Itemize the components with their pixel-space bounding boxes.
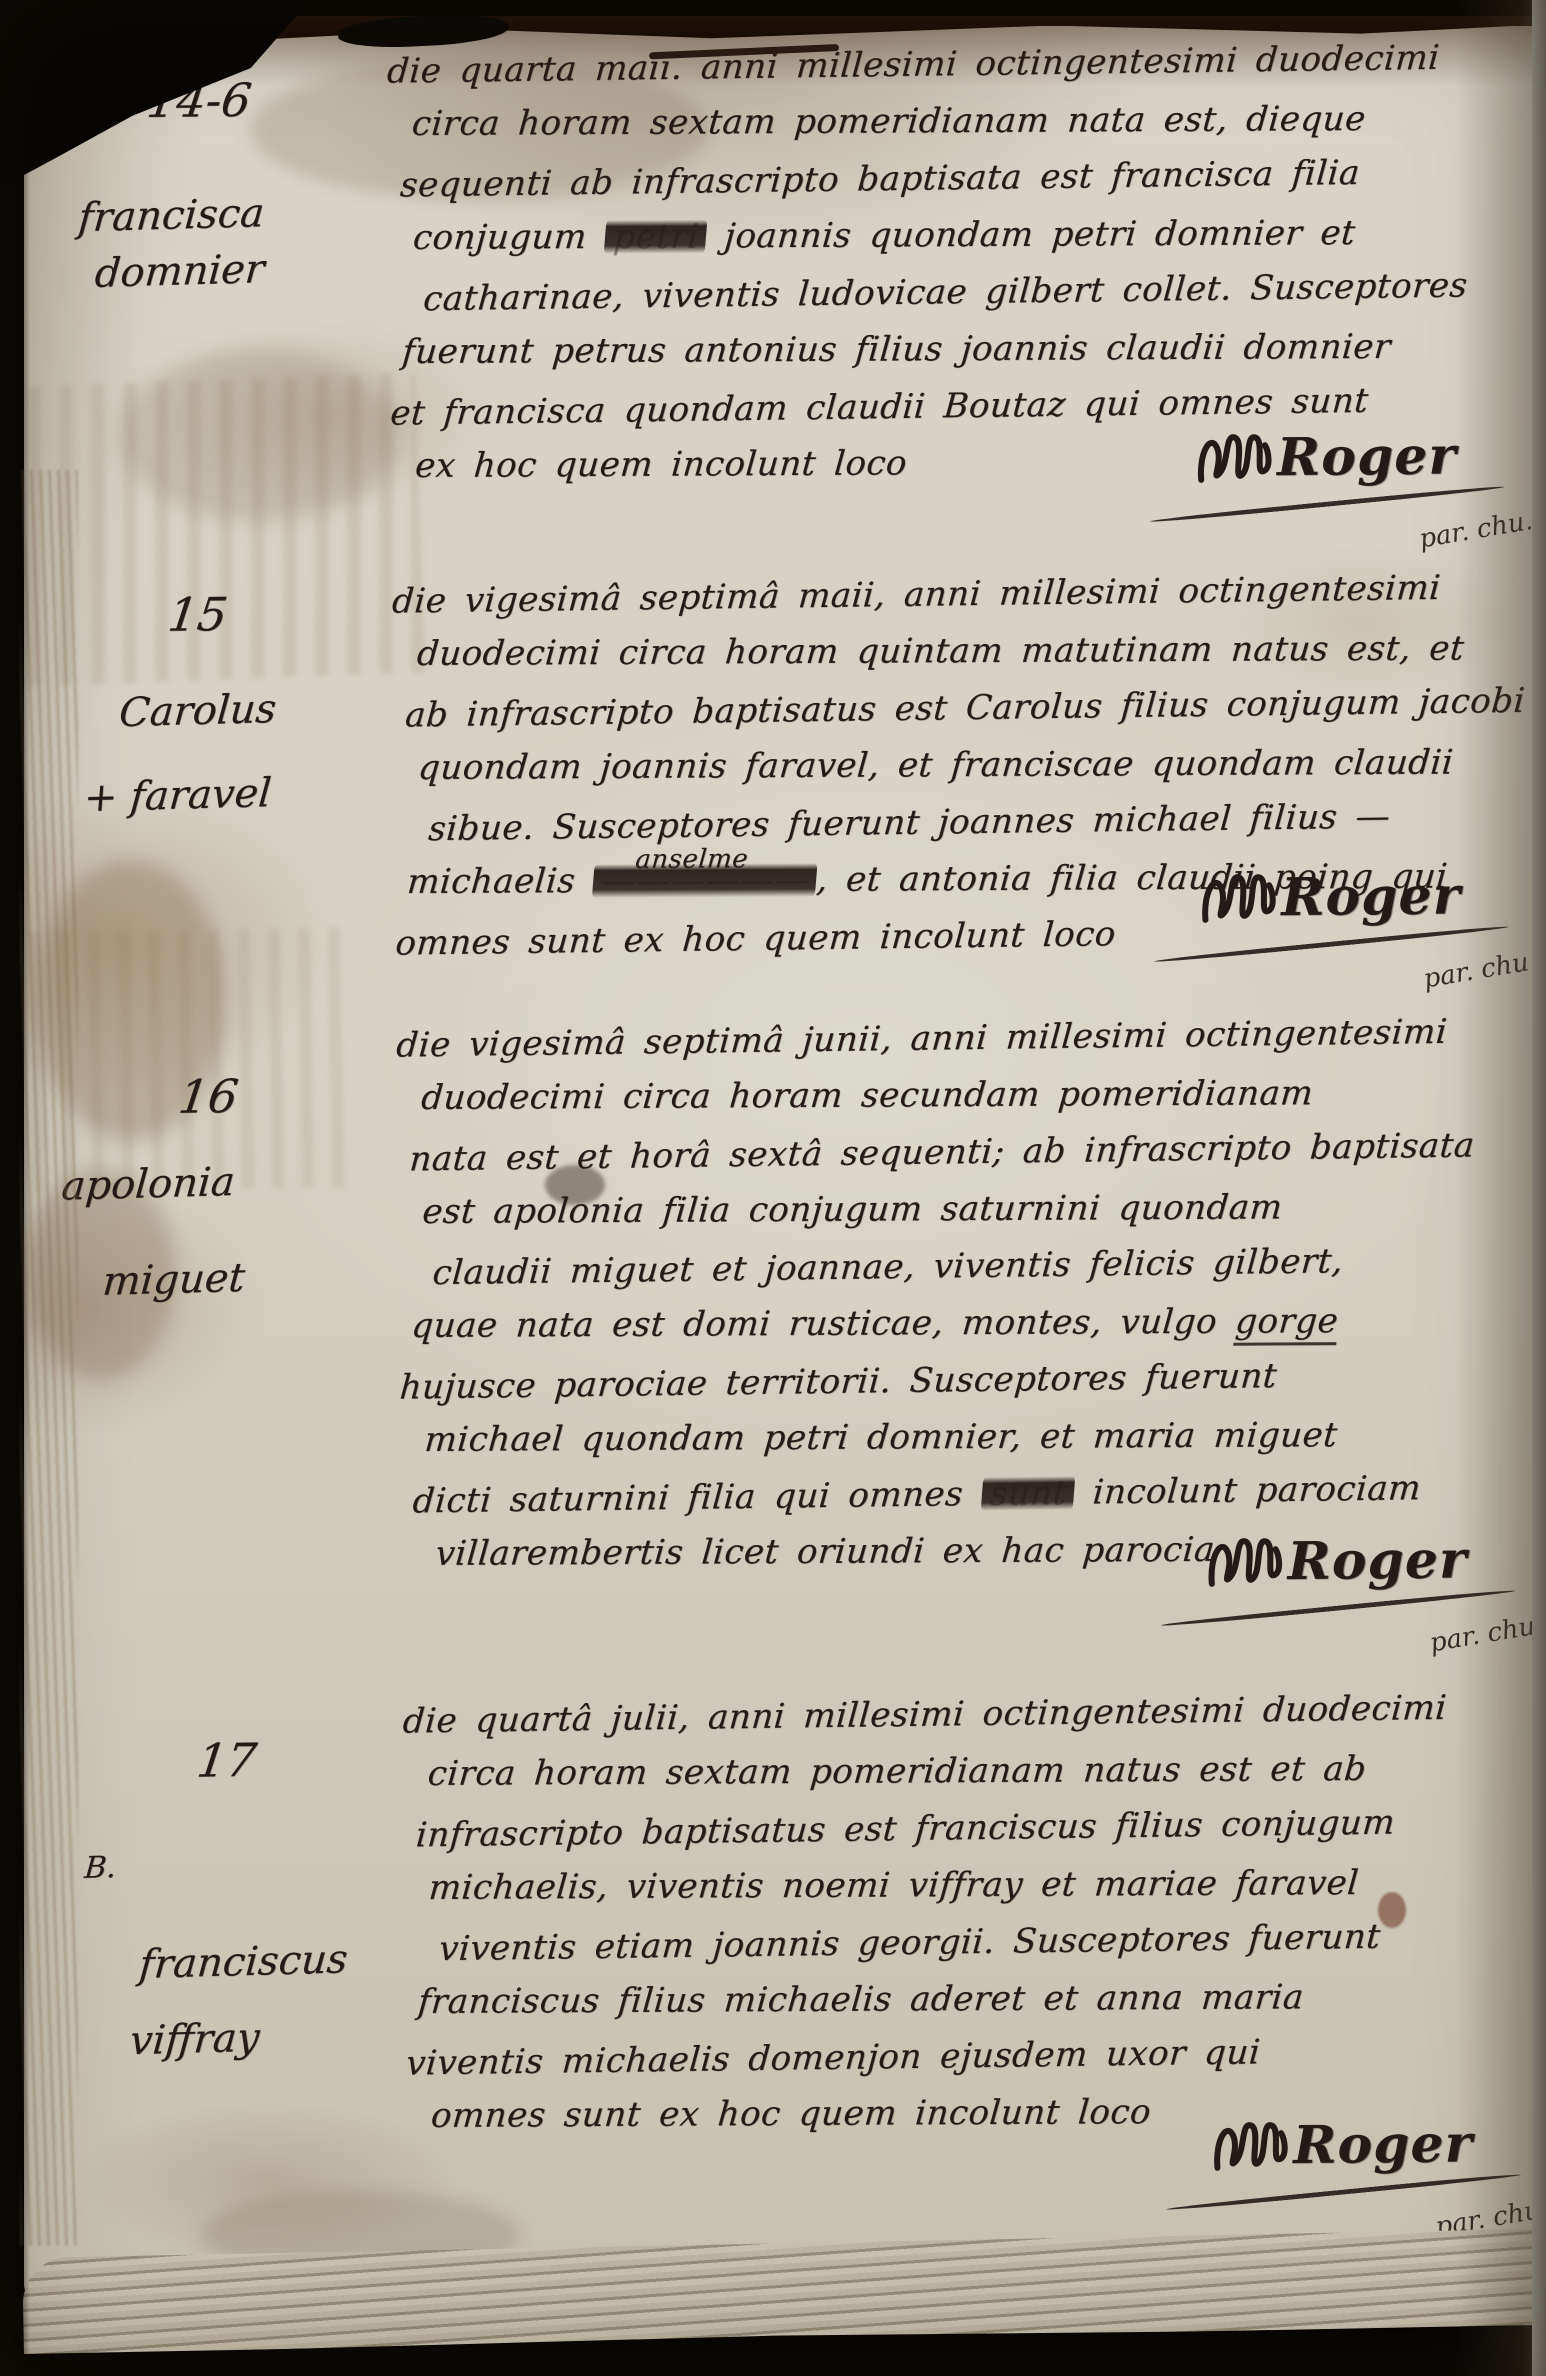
signature-note: par. chu. — [1417, 506, 1535, 555]
underlined-word: gorge — [1233, 1301, 1339, 1346]
manuscript-photo: 14-6 franciscadomnier die quarta maii. a… — [0, 0, 1546, 2376]
manuscript-line: circa horam sextam pomeridianam nata est… — [386, 90, 1540, 153]
entry-text: die quartâ julii, anni millesimi octinge… — [403, 1681, 1546, 2148]
manuscript-line: sibue. Susceptores fuerunt joannes micha… — [392, 787, 1546, 859]
manuscript-line: quondam joannis faravel, et franciscae q… — [392, 734, 1546, 797]
manuscript-line: die quartâ julii, anni millesimi octinge… — [401, 1679, 1546, 1751]
manuscript-line: die vigesimâ septimâ junii, anni millesi… — [394, 1003, 1546, 1075]
manuscript-line: francisca — [77, 187, 381, 241]
entry-name: franciscadomnier — [78, 190, 379, 295]
entry-number: 17 — [90, 1732, 397, 1789]
struck-out-word: petri — [603, 216, 707, 257]
signature-note: par. chu. — [1428, 1610, 1546, 1659]
manuscript-line: ab infrascripto baptisatus est Carolus f… — [391, 673, 1545, 745]
photo-background-left — [0, 0, 30, 2376]
manuscript-line: viffray — [94, 2011, 398, 2065]
entry-number: 15 — [79, 586, 386, 643]
entry-name: B.franciscusviffray — [95, 1938, 396, 2063]
entry-name: apoloniamiguet — [88, 1158, 389, 1303]
manuscript-line: domnier — [77, 243, 381, 297]
manuscript-line: michael quondam petri domnier, et maria … — [398, 1406, 1546, 1469]
manuscript-line: quae nata est domi rusticae, montes, vul… — [397, 1292, 1546, 1355]
priest-signature: Roger par. chu. — [1199, 859, 1536, 974]
manuscript-line: michaelis, viventis noemi viffray et mar… — [403, 1854, 1546, 1917]
manuscript-line: est apolonia filia conjugum saturnini qu… — [396, 1178, 1546, 1241]
manuscript-line: franciscus — [93, 1935, 397, 1989]
priest-signature: Roger par. chu. — [1211, 2107, 1546, 2222]
entry-margin: 17 B.franciscusviffray — [93, 1692, 397, 2063]
manuscript-line: apolonia — [60, 1155, 390, 1210]
page-content: 14-6 franciscadomnier die quarta maii. a… — [0, 0, 1546, 2376]
baptism-entry: 17 B.franciscusviffray die quartâ julii,… — [5, 1681, 1546, 1696]
priest-signature: Roger par. chu. — [1195, 419, 1532, 534]
signature-note: par. chu. — [1422, 946, 1540, 995]
baptism-entry: 16 apoloniamiguet die vigesimâ septimâ j… — [0, 1005, 1544, 1020]
manuscript-line: claudii miguet et joannae, viventis feli… — [397, 1231, 1546, 1303]
manuscript-line: miguet — [87, 1251, 391, 1305]
manuscript-line: B. — [83, 1850, 117, 1886]
signature-name: Roger — [1281, 865, 1461, 928]
manuscript-line: infrascripto baptisatus est franciscus f… — [402, 1793, 1546, 1865]
manuscript-line: circa horam sextam pomeridianam natus es… — [401, 1740, 1546, 1803]
signature-name: Roger — [1277, 425, 1457, 488]
manuscript-line: franciscus filius michaelis aderet et an… — [404, 1968, 1546, 2031]
manuscript-line: viventis michaelis domenjon ejusdem uxor… — [404, 2020, 1546, 2092]
manuscript-line: die vigesimâ septimâ maii, anni millesim… — [390, 559, 1544, 631]
manuscript-line: fuerunt petrus antonius filius joannis c… — [388, 318, 1542, 381]
manuscript-line: Carolus — [81, 683, 385, 737]
manuscript-line: viventis etiam joannis georgii. Suscepto… — [403, 1906, 1546, 1978]
manuscript-line: conjugum petri joannis quondam petri dom… — [387, 204, 1541, 267]
manuscript-line: duodecimi circa horam quintam matutinam … — [391, 620, 1545, 683]
baptism-entry: 15 Carolus+ faravel die vigesimâ septimâ… — [0, 561, 1540, 576]
manuscript-line: sequenti ab infrascripto baptisata est f… — [386, 143, 1540, 215]
priest-signature: Roger par. chu. — [1205, 1523, 1542, 1638]
manuscript-line: hujusce parociae territorii. Susceptores… — [398, 1345, 1546, 1417]
manuscript-line: duodecimi circa horam secundam pomeridia… — [395, 1064, 1546, 1127]
entry-number: 16 — [84, 1068, 391, 1125]
entry-name: Carolus+ faravel — [83, 686, 384, 819]
manuscript-line: catharinae, viventis ludovicae gilbert c… — [387, 257, 1541, 329]
signature-name: Roger — [1293, 2113, 1473, 2176]
manuscript-line: + faravel — [82, 767, 386, 821]
manuscript-line: nata est et horâ sextâ sequenti; ab infr… — [395, 1117, 1546, 1189]
signature-name: Roger — [1287, 1529, 1467, 1592]
manuscript-line: die quarta maii. anni millesimi octingen… — [385, 29, 1539, 101]
struck-out-word: sunt — [980, 1473, 1076, 1514]
entry-text: die vigesimâ septimâ junii, anni millesi… — [396, 1005, 1546, 1586]
scan-edge-right — [1532, 0, 1546, 2376]
entry-margin: 16 apoloniamiguet — [86, 1016, 389, 1303]
manuscript-line: dicti saturnini filia qui omnes sunt inc… — [399, 1459, 1546, 1531]
entry-margin: 15 Carolus+ faravel — [82, 572, 384, 819]
